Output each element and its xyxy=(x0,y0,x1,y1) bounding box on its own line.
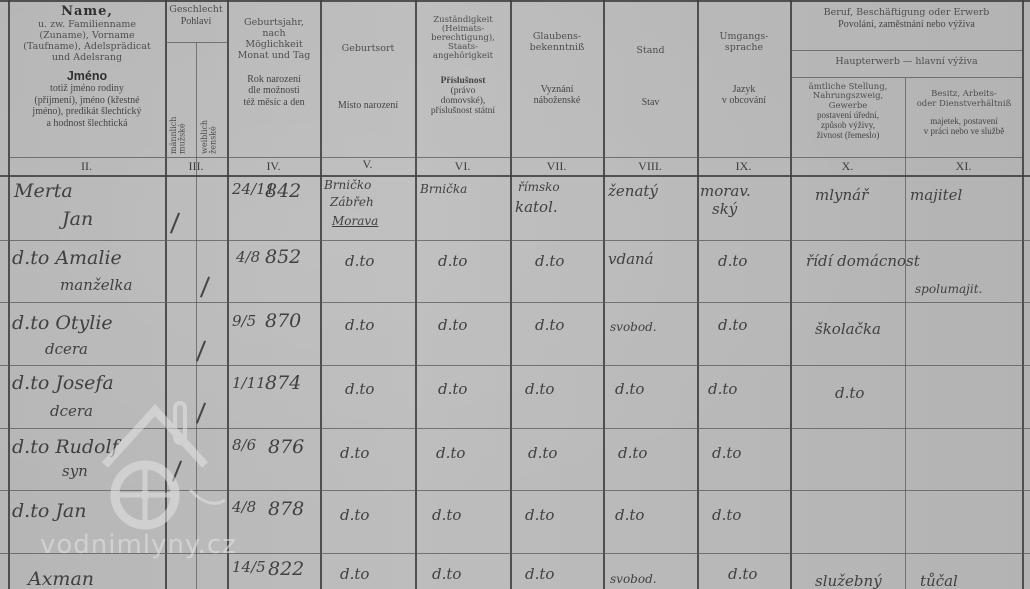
grid-line xyxy=(0,302,1030,303)
header-text: v práci nebo ve službě xyxy=(907,126,1021,136)
header-text: Stav xyxy=(605,97,696,109)
occupation: d.to xyxy=(835,384,864,402)
header-text: Monat und Tag xyxy=(229,51,319,62)
domicile: d.to xyxy=(432,565,461,583)
occupation: služebný xyxy=(815,572,882,589)
header-text: Rok narození xyxy=(229,74,319,86)
grid-line xyxy=(0,0,1030,2)
birth-day: 8/6 xyxy=(232,436,256,454)
header-female: weiblich ženské xyxy=(201,108,218,154)
language: d.to xyxy=(712,444,741,462)
language: d.to xyxy=(718,252,747,270)
female-mark xyxy=(200,277,210,298)
grid-line xyxy=(0,175,1030,177)
header-text: (příjmení), jméno (křestné xyxy=(10,95,164,107)
relation: syn xyxy=(62,462,88,480)
birthplace: Brničko xyxy=(324,178,371,192)
given-name: d.to Josefa xyxy=(12,372,114,394)
header-main-income: Haupterwerb — hlavní výživa xyxy=(792,57,1021,68)
header-text: dle možnosti xyxy=(229,85,319,97)
religion: d.to xyxy=(535,316,564,334)
religion: římsko xyxy=(518,180,560,194)
header-text: Geschlecht xyxy=(166,5,226,16)
birth-year: 878 xyxy=(268,498,304,520)
column-number: IX. xyxy=(697,159,790,174)
marital-status: ženatý xyxy=(608,182,658,200)
grid-line xyxy=(790,77,1022,78)
header-birth-date: Geburtsjahr, nach Möglichkeit Monat und … xyxy=(229,18,319,108)
header-text: angehörigkeit xyxy=(417,52,509,61)
surname: Axman xyxy=(28,568,94,589)
religion: d.to xyxy=(528,444,557,462)
language: d.to xyxy=(718,316,747,334)
birthplace: Zábřeh xyxy=(330,195,374,209)
marital-status: d.to xyxy=(615,506,644,524)
header-sex: Geschlecht Pohlaví xyxy=(166,5,226,27)
column-number: V. xyxy=(320,157,415,172)
header-name-de-title: Name, xyxy=(10,5,164,20)
header-text: sprache xyxy=(699,43,789,54)
birthplace: d.to xyxy=(345,380,374,398)
birth-year: 822 xyxy=(268,558,304,580)
birth-year: 874 xyxy=(265,372,301,394)
birthplace: d.to xyxy=(340,506,369,524)
grid-line xyxy=(0,240,1030,241)
header-text: Pohlaví xyxy=(166,16,226,28)
header-text: jméno), predikát šlechtický xyxy=(10,106,164,118)
header-marital: Stand Stav xyxy=(605,46,696,108)
religion: d.to xyxy=(535,252,564,270)
birth-year: 852 xyxy=(265,246,301,268)
column-number: IV. xyxy=(227,159,320,174)
language: ský xyxy=(712,200,737,218)
male-mark xyxy=(170,213,180,234)
header-position: Besitz, Arbeits- oder Dienstverhältniß m… xyxy=(907,90,1021,136)
header-text: a hodnost šlechtická xyxy=(10,118,164,130)
domicile: d.to xyxy=(432,506,461,524)
grid-line xyxy=(0,365,1030,366)
header-birthplace: Geburtsort Místo narození xyxy=(322,44,414,111)
birth-day: 1/11 xyxy=(232,374,266,392)
header-text: živnost (řemeslo) xyxy=(792,131,904,141)
header-text: mužské xyxy=(177,123,186,154)
religion: d.to xyxy=(525,565,554,583)
relation: dcera xyxy=(50,402,93,420)
grid-line xyxy=(165,42,227,43)
column-number: III. xyxy=(165,159,227,174)
header-text: v obcování xyxy=(699,95,789,107)
header-text: příslušnost státní xyxy=(417,107,509,117)
header-language: Umgangs- sprache Jazyk v obcování xyxy=(699,32,789,107)
language: d.to xyxy=(728,565,757,583)
domicile: Brnička xyxy=(420,182,467,196)
watermark-text: vodnimlyny.cz xyxy=(40,530,237,560)
column-number: VII. xyxy=(510,159,603,174)
header-occupation: ämtliche Stellung, Nahrungszweig, Gewerb… xyxy=(792,83,904,141)
header-religion: Glaubens- bekenntniß Vyznání náboženské xyxy=(512,32,602,107)
header-text: Povolání, zaměstnání nebo výživa xyxy=(792,19,1021,31)
header-text: náboženské xyxy=(512,95,602,107)
religion: d.to xyxy=(525,506,554,524)
position: tůčal xyxy=(920,572,958,589)
header-domicile: Zuständigkeit (Heimats- berechtigung), S… xyxy=(417,16,509,116)
grid-line xyxy=(905,78,906,589)
birthplace: d.to xyxy=(345,252,374,270)
grid-line xyxy=(790,50,1022,51)
religion: d.to xyxy=(525,380,554,398)
header-text: totiž jméno rodiny xyxy=(10,83,164,95)
position: spolumajit. xyxy=(915,282,982,296)
census-sheet: Name, u. zw. Familienname (Zuname), Vorn… xyxy=(0,0,1030,589)
column-number: II. xyxy=(8,159,165,174)
domicile: d.to xyxy=(438,316,467,334)
watermill-house-icon xyxy=(95,395,225,535)
header-text: Místo narození xyxy=(322,100,414,112)
domicile: d.to xyxy=(436,444,465,462)
header-name: Name, u. zw. Familienname (Zuname), Vorn… xyxy=(10,5,164,129)
religion: katol. xyxy=(515,198,558,216)
birthplace: d.to xyxy=(340,565,369,583)
marital-status: svobod. xyxy=(610,320,657,334)
given-name: d.to Otylie xyxy=(12,312,113,334)
domicile: d.to xyxy=(438,252,467,270)
header-text: též měsíc a den xyxy=(229,97,319,109)
given-name: d.to Jan xyxy=(12,500,87,522)
surname: Merta xyxy=(14,180,73,202)
header-text: oder Dienstverhältniß xyxy=(907,100,1021,110)
grid-line xyxy=(1022,0,1024,589)
relation: manželka xyxy=(60,276,132,294)
header-text: Beruf, Beschäftigung oder Erwerb xyxy=(792,8,1021,19)
header-text: Vyznání xyxy=(512,84,602,96)
column-number: X. xyxy=(790,159,905,174)
birth-day: 14/5 xyxy=(232,558,266,576)
header-text: und Adelsrang xyxy=(10,53,164,64)
given-name: d.to Amalie xyxy=(12,247,122,269)
occupation: mlynář xyxy=(815,186,868,204)
birth-day: 4/8 xyxy=(232,498,256,516)
position: majitel xyxy=(910,186,962,204)
marital-status: d.to xyxy=(615,380,644,398)
birth-year: 876 xyxy=(268,436,304,458)
header-text: Jazyk xyxy=(699,84,789,96)
marital-status: svobod. xyxy=(610,572,657,586)
birthplace: d.to xyxy=(345,316,374,334)
header-text: ženské xyxy=(208,126,217,154)
header-male: männlich mužské xyxy=(170,108,187,154)
birth-day: 9/5 xyxy=(232,312,256,330)
header-occupation-group: Beruf, Beschäftigung oder Erwerb Povolán… xyxy=(792,8,1021,30)
header-text: Geburtsort xyxy=(322,44,414,55)
header-text: Haupterwerb — hlavní výživa xyxy=(792,57,1021,68)
birth-year: 870 xyxy=(265,310,301,332)
marital-status: d.to xyxy=(618,444,647,462)
occupation: školačka xyxy=(815,320,881,338)
birth-year: 842 xyxy=(265,180,301,202)
language: d.to xyxy=(712,506,741,524)
grid-line xyxy=(8,157,1022,158)
column-number: XI. xyxy=(905,159,1022,174)
header-text: Stand xyxy=(605,46,696,57)
language: morav. xyxy=(700,182,751,200)
column-number: VIII. xyxy=(603,159,697,174)
domicile: d.to xyxy=(438,380,467,398)
header-name-cz-title: Jméno xyxy=(10,69,164,83)
language: d.to xyxy=(708,380,737,398)
relation: dcera xyxy=(45,340,88,358)
header-text: majetek, postavení xyxy=(907,116,1021,126)
birth-day: 4/8 xyxy=(236,248,260,266)
marital-status: vdaná xyxy=(608,250,654,268)
female-mark xyxy=(196,341,206,362)
column-number: VI. xyxy=(415,159,510,174)
birthplace: Morava xyxy=(332,214,378,228)
header-text: bekenntniß xyxy=(512,43,602,54)
birthplace: d.to xyxy=(340,444,369,462)
given-name: Jan xyxy=(62,208,93,230)
occupation: řídí domácnost xyxy=(806,252,920,270)
